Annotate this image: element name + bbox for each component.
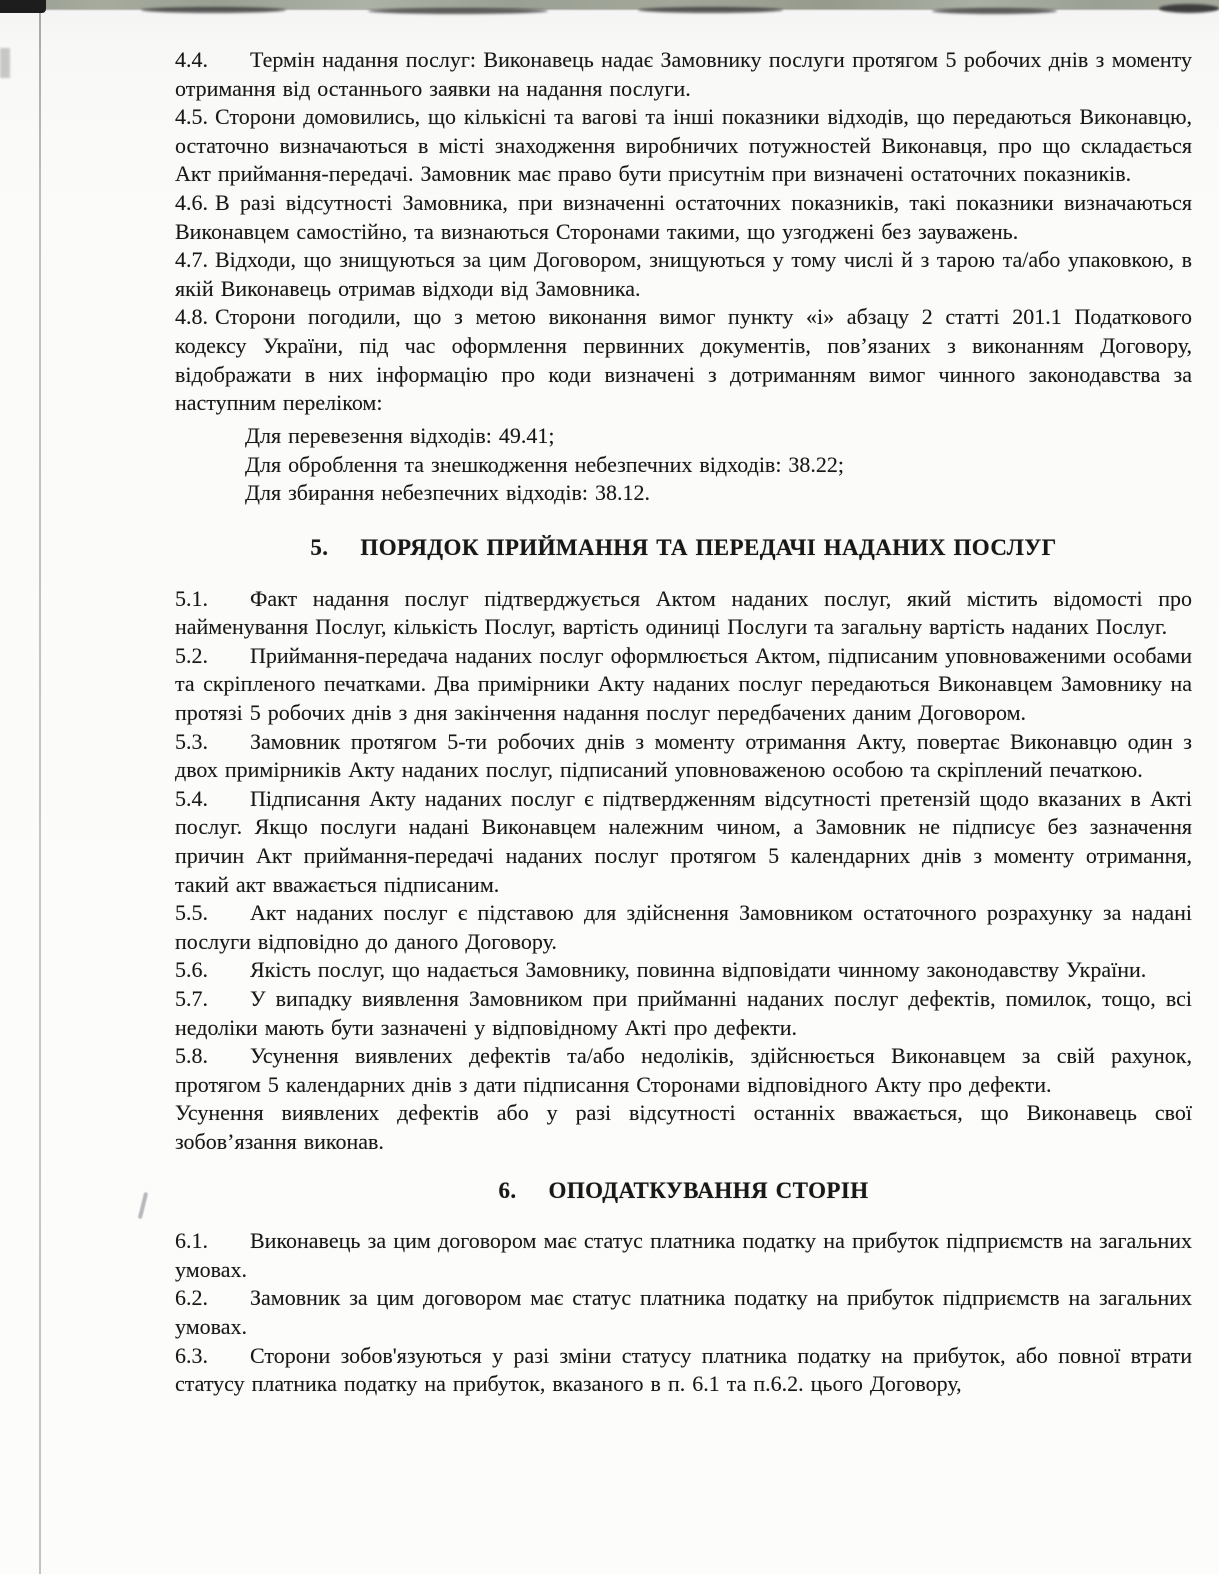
clause-text: Якість послуг, що надається Замовнику, п… (250, 957, 1146, 982)
clause-5-6: 5.6.Якість послуг, що надається Замовник… (175, 956, 1192, 985)
clause-number: 4.8. (175, 304, 208, 329)
clause-4-5: 4.5.Сторони домовились, що кількісні та … (175, 103, 1192, 189)
clause-number: 4.6. (175, 190, 208, 215)
clause-4-8: 4.8.Сторони погодили, що з метою виконан… (175, 303, 1192, 417)
clause-5-4: 5.4.Підписання Акту наданих послуг є під… (175, 785, 1192, 899)
clause-text: Акт наданих послуг є підставою для здійс… (175, 900, 1192, 954)
clause-number: 6.1. (175, 1228, 208, 1253)
scan-smudge (0, 48, 10, 78)
clause-number: 4.7. (175, 247, 208, 272)
clause-6-2: 6.2.Замовник за цим договором має статус… (175, 1284, 1192, 1341)
clause-6-3: 6.3.Сторони зобов'язуються у разі зміни … (175, 1342, 1192, 1399)
pen-mark-artifact (138, 1192, 148, 1219)
section-number: 5. (310, 535, 328, 560)
clause-4-6: 4.6.В разі відсутності Замовника, при ви… (175, 189, 1192, 246)
clause-5-7: 5.7.У випадку виявлення Замовником при п… (175, 985, 1192, 1042)
clause-text: Відходи, що знищуються за цим Договором,… (175, 247, 1192, 301)
clause-text: Термін надання послуг: Виконавець надає … (175, 47, 1192, 101)
clause-number: 6.2. (175, 1285, 208, 1310)
scanned-contract-page: 4.4.Термін надання послуг: Виконавець на… (0, 0, 1219, 1574)
clause-number: 4.4. (175, 47, 208, 72)
waste-codes-list: Для перевезення відходів: 49.41; Для обр… (175, 422, 1192, 508)
waste-code-item: Для перевезення відходів: 49.41; (245, 422, 1192, 451)
clause-number: 5.8. (175, 1043, 208, 1068)
clause-text: Замовник протягом 5-ти робочих днів з мо… (175, 729, 1192, 783)
clause-5-2: 5.2.Приймання-передача наданих послуг оф… (175, 642, 1192, 728)
clause-number: 5.5. (175, 900, 208, 925)
section-5-heading: 5.ПОРЯДОК ПРИЙМАННЯ ТА ПЕРЕДАЧІ НАДАНИХ … (175, 534, 1192, 563)
clause-number: 6.3. (175, 1343, 208, 1368)
section-6-heading: 6.ОПОДАТКУВАННЯ СТОРІН (175, 1177, 1192, 1206)
clause-5-3: 5.3.Замовник протягом 5-ти робочих днів … (175, 728, 1192, 785)
clause-text: Замовник за цим договором має статус пла… (175, 1285, 1192, 1339)
contract-text-block: 4.4.Термін надання послуг: Виконавець на… (175, 0, 1192, 1399)
clause-text: Усунення виявлених дефектів або у разі в… (175, 1100, 1192, 1154)
section-title: ПОРЯДОК ПРИЙМАННЯ ТА ПЕРЕДАЧІ НАДАНИХ ПО… (360, 535, 1056, 560)
scan-corner-mark (0, 0, 46, 13)
clause-text: Сторони погодили, що з метою виконання в… (175, 304, 1192, 415)
clause-5-8-continuation: Усунення виявлених дефектів або у разі в… (175, 1099, 1192, 1156)
clause-text: У випадку виявлення Замовником при прийм… (175, 986, 1192, 1040)
clause-number: 4.5. (175, 104, 208, 129)
clause-5-1: 5.1.Факт надання послуг підтверджується … (175, 585, 1192, 642)
clause-text: Виконавець за цим договором має статус п… (175, 1228, 1192, 1282)
clause-text: Підписання Акту наданих послуг є підтвер… (175, 786, 1192, 897)
clause-text: Усунення виявлених дефектів та/або недол… (175, 1043, 1192, 1097)
clause-6-1: 6.1.Виконавець за цим договором має стат… (175, 1227, 1192, 1284)
clause-number: 5.2. (175, 643, 208, 668)
clause-4-7: 4.7.Відходи, що знищуються за цим Догово… (175, 246, 1192, 303)
clause-4-4: 4.4.Термін надання послуг: Виконавець на… (175, 46, 1192, 103)
clause-number: 5.7. (175, 986, 208, 1011)
clause-5-8: 5.8.Усунення виявлених дефектів та/або н… (175, 1042, 1192, 1099)
paper-edge-line (39, 13, 41, 1574)
clause-text: Сторони зобов'язуються у разі зміни стат… (175, 1343, 1192, 1397)
clause-number: 5.4. (175, 786, 208, 811)
clause-number: 5.3. (175, 729, 208, 754)
clause-text: В разі відсутності Замовника, при визнач… (175, 190, 1192, 244)
waste-code-item: Для оброблення та знешкодження небезпечн… (245, 451, 1192, 480)
clause-number: 5.6. (175, 957, 208, 982)
section-title: ОПОДАТКУВАННЯ СТОРІН (549, 1178, 869, 1203)
clause-text: Факт надання послуг підтверджується Акто… (175, 586, 1192, 640)
clause-5-5: 5.5.Акт наданих послуг є підставою для з… (175, 899, 1192, 956)
clause-text: Приймання-передача наданих послуг оформл… (175, 643, 1192, 725)
section-number: 6. (498, 1178, 516, 1203)
waste-code-item: Для збирання небезпечних відходів: 38.12… (245, 479, 1192, 508)
clause-number: 5.1. (175, 586, 208, 611)
clause-text: Сторони домовились, що кількісні та ваго… (175, 104, 1192, 186)
